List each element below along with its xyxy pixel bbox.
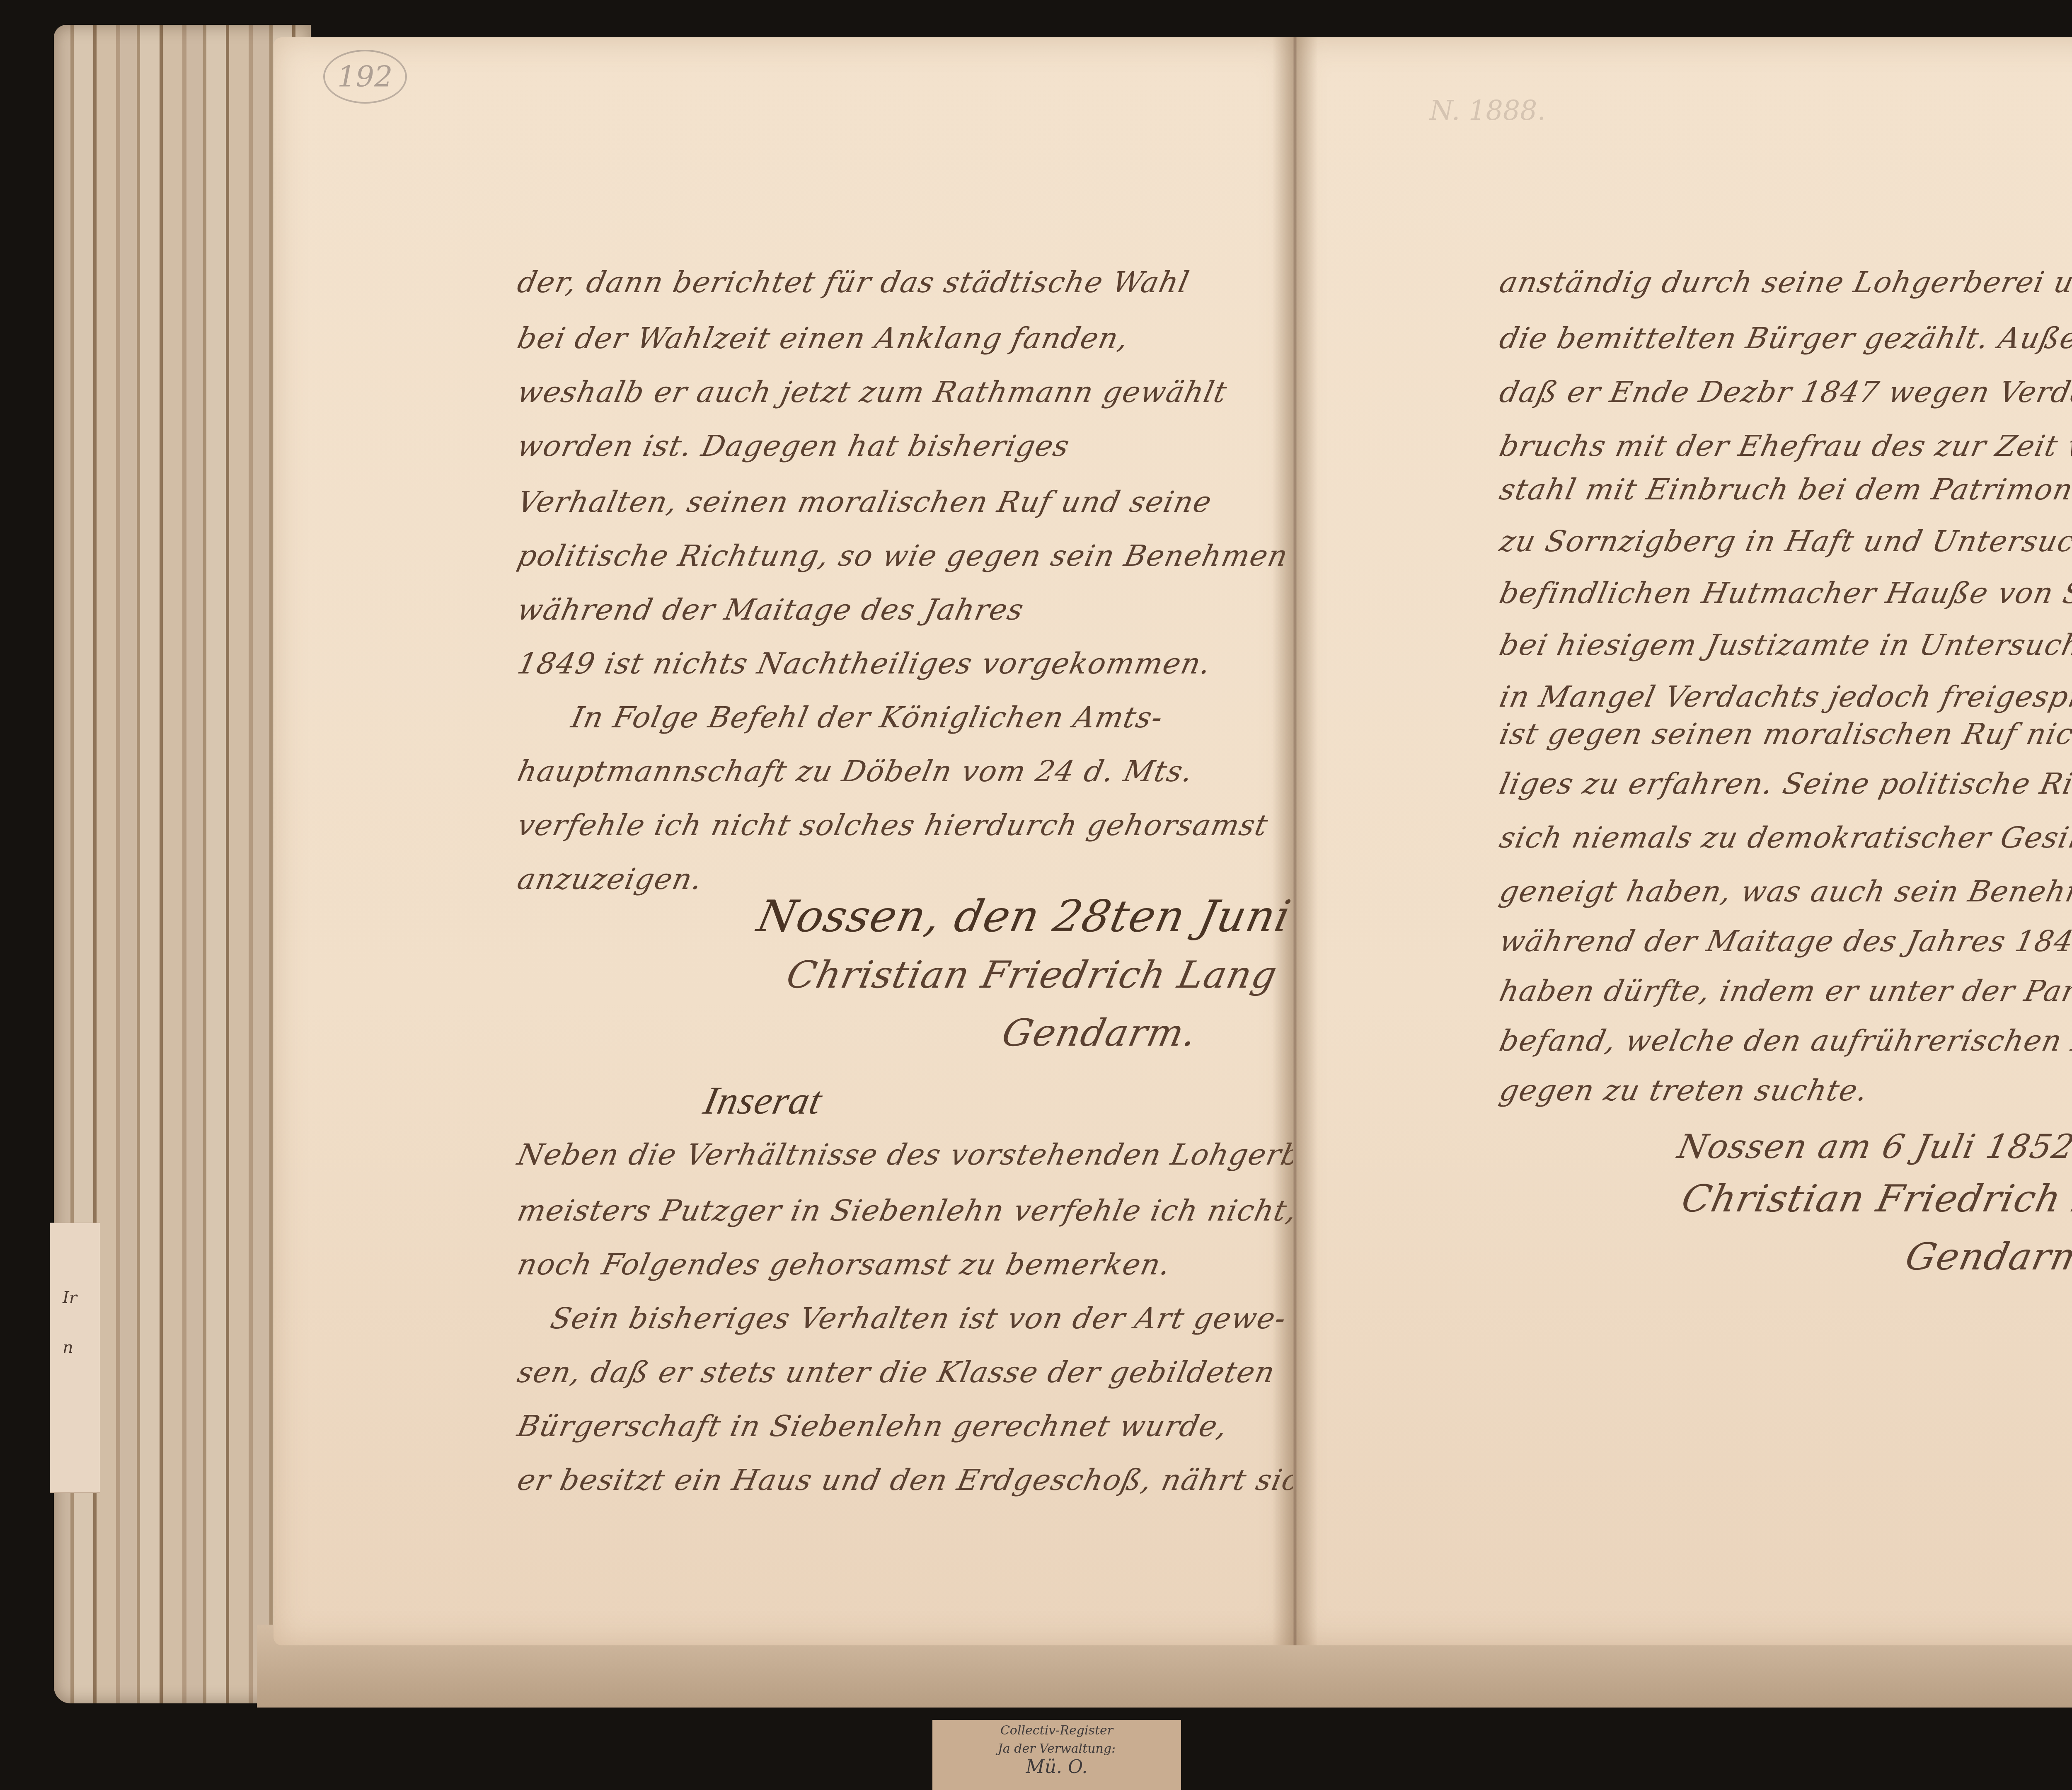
text-line: zu Sornzigberg in Haft und Untersuchung	[1496, 524, 2072, 558]
text-line: anständig durch seine Lohgerberei und wi…	[1496, 265, 2072, 299]
text-line: In Folge Befehl der Königlichen Amts-	[568, 700, 1166, 734]
text-line: hauptmannschaft zu Döbeln vom 24 d. Mts.	[514, 754, 1196, 788]
book-gutter	[1272, 37, 1318, 1645]
signature-name: Christian Friedrich Lang	[1678, 1177, 2072, 1221]
text-line: gegen zu treten suchte.	[1496, 1073, 1871, 1107]
text-line: Verhalten, seinen moralischen Ruf und se…	[514, 485, 1215, 519]
label-line: Ja der Verwaltung:	[932, 1740, 1181, 1758]
text-line: geneigt haben, was auch sein Benehmen	[1496, 874, 2072, 908]
signature-name: Christian Friedrich Lang	[783, 953, 1281, 997]
text-line: Neben die Verhältnisse des vorstehenden …	[514, 1138, 1353, 1172]
faint-folio-number: 192	[323, 50, 407, 104]
text-line: während der Maitage des Jahres 1849 bewi…	[1496, 924, 2072, 958]
insert-heading: Inserat	[700, 1078, 827, 1123]
text-line: Sein bisheriges Verhalten ist von der Ar…	[547, 1301, 1290, 1335]
text-line: ist gegen seinen moralischen Ruf nicht N…	[1496, 717, 2072, 751]
text-line: sen, daß er stets unter die Klasse der g…	[514, 1355, 1278, 1389]
text-line: 1849 ist nichts Nachtheiliges vorgekomme…	[514, 647, 1215, 681]
text-line: befindlichen Hutmacher Hauße von Siebenl…	[1496, 576, 2072, 610]
bleed-through-text: N. 1888.	[1430, 95, 1546, 126]
text-line: worden ist. Dagegen hat bisheriges	[514, 429, 1073, 463]
text-line: bruchs mit der Ehefrau des zur Zeit wege…	[1496, 429, 2072, 463]
text-line: anzuzeigen.	[514, 862, 706, 896]
text-line: befand, welche den aufrührerischen Plane…	[1496, 1024, 2072, 1058]
left-margin-slip: Ir n	[50, 1223, 100, 1493]
text-line: Bürgerschaft in Siebenlehn gerechnet wur…	[514, 1409, 1231, 1443]
text-line: verfehle ich nicht solches hierdurch geh…	[514, 808, 1271, 842]
text-line: haben dürfte, indem er unter der Parthei…	[1496, 974, 2072, 1008]
text-line: bei der Wahlzeit einen Anklang fanden,	[514, 321, 1132, 355]
text-line: er besitzt ein Haus und den Erdgeschoß, …	[514, 1463, 1322, 1497]
text-line: stahl mit Einbruch bei dem Patrimonialge…	[1496, 472, 2072, 506]
text-line: die bemittelten Bürger gezählt. Außerdem	[1496, 321, 2072, 355]
text-line: noch Folgendes gehorsamst zu bemerken.	[514, 1247, 1174, 1281]
text-line: bei hiesigem Justizamte in Untersuchung …	[1496, 628, 2072, 662]
text-line: sich niemals zu demokratischer Gesinnung…	[1496, 821, 2072, 855]
place-date: Nossen am 6 Juli 1852.	[1674, 1127, 2072, 1166]
text-line: in Mangel Verdachts jedoch freigesproche…	[1496, 680, 2072, 714]
signature-title: Gendarm.	[998, 1011, 1201, 1055]
slip-mark: Ir	[50, 1223, 100, 1323]
text-line: politische Richtung, so wie gegen sein B…	[514, 539, 1291, 573]
label-line: Collectiv-Register	[932, 1722, 1181, 1740]
label-mark: Mü. O.	[932, 1758, 1181, 1776]
slip-mark: n	[50, 1323, 100, 1372]
text-line: wäh­rend der Maitage des Jahres	[514, 593, 1027, 627]
signature-title: Gendarm.	[1902, 1235, 2072, 1279]
text-line: weshalb er auch jetzt zum Rathmann gewäh…	[514, 375, 1230, 409]
text-line: der, dann berichtet für das städtische W…	[514, 265, 1193, 299]
archival-label-slip: Collectiv-Register Ja der Verwaltung: Mü…	[932, 1720, 1181, 1790]
text-line: meisters Putzger in Siebenlehn verfehle …	[514, 1194, 1300, 1228]
text-line: liges zu erfahren. Seine politische Rich…	[1496, 767, 2072, 801]
text-line: daß er Ende Dezbr 1847 wegen Verdacht de…	[1496, 375, 2072, 409]
